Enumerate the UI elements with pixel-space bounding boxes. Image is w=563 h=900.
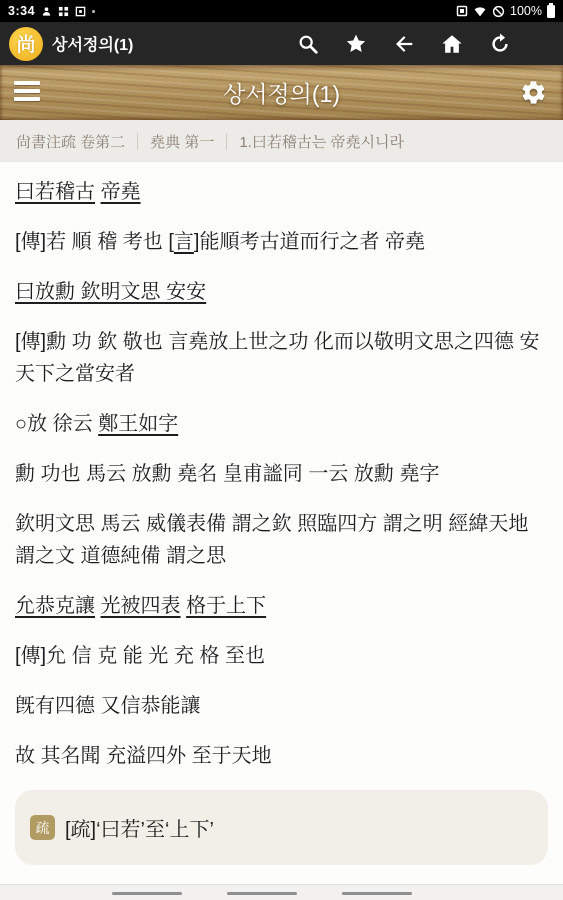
screenshot-notification-icon xyxy=(75,6,86,17)
text-paragraph[interactable]: [傳]勳 功 欽 敬也 言堯放上世之功 化而以敬明文思之四德 安天下之當安者 xyxy=(15,326,548,390)
underlined-text-segment: 格于上下 xyxy=(186,595,266,617)
underlined-text-segment: 言 xyxy=(174,231,194,253)
text-paragraph[interactable]: 曰若稽古 帝堯 xyxy=(15,176,548,208)
status-right: 100% xyxy=(456,4,555,18)
so-commentary-card[interactable]: 疏 [疏]‘曰若’至‘上下’ xyxy=(15,790,548,865)
breadcrumb-section[interactable]: 1.曰若稽古는 帝堯시니라 xyxy=(239,131,404,152)
text-segment: ○放 徐云 xyxy=(15,413,98,435)
app-screen: 3:34 100% 尚 xyxy=(0,0,563,900)
text-segment: [傳]允 信 克 能 光 充 格 至也 xyxy=(15,645,265,667)
so-badge-icon: 疏 xyxy=(30,815,55,840)
status-left: 3:34 xyxy=(8,4,95,18)
text-paragraph[interactable]: [傳]若 順 稽 考也 [言]能順考古道而行之者 帝堯 xyxy=(15,226,548,258)
text-segment: 欽明文思 馬云 威儀表備 謂之欽 照臨四方 謂之明 經緯天地 謂之文 道德純備 … xyxy=(15,513,528,567)
settings-gear-icon[interactable] xyxy=(520,79,547,106)
overflow-dot-icon xyxy=(92,10,95,13)
clock-text: 3:34 xyxy=(8,4,35,18)
grid-notification-icon xyxy=(58,6,69,17)
underlined-text-segment: 鄭王如字 xyxy=(98,413,178,435)
table-divider-dash xyxy=(342,892,412,895)
battery-percent-text: 100% xyxy=(510,4,542,18)
text-segment: 旣有四德 又信恭能讓 xyxy=(15,695,201,717)
app-toolbar: 尚 상서정의(1) xyxy=(0,22,563,65)
breadcrumb: 尙書注疏 卷第二 堯典 第一 1.曰若稽古는 帝堯시니라 xyxy=(0,120,563,162)
text-paragraph[interactable]: 允恭克讓 光被四表 格于上下 xyxy=(15,590,548,622)
text-paragraph[interactable]: ○放 徐云 鄭王如字 xyxy=(15,408,548,440)
home-icon[interactable] xyxy=(440,32,463,55)
breadcrumb-chapter[interactable]: 堯典 第一 xyxy=(150,131,214,152)
table-divider-dash xyxy=(112,892,182,895)
sim-icon xyxy=(456,5,468,17)
toolbar-actions xyxy=(296,32,549,55)
book-title: 상서정의(1) xyxy=(0,76,563,109)
back-icon[interactable] xyxy=(392,32,415,55)
text-paragraph[interactable]: [傳]允 信 克 能 光 充 格 至也 xyxy=(15,640,548,672)
breadcrumb-divider xyxy=(137,133,138,150)
star-icon[interactable] xyxy=(344,32,367,55)
so-card-text: [疏]‘曰若’至‘上下’ xyxy=(65,813,214,842)
search-icon[interactable] xyxy=(296,32,319,55)
menu-icon[interactable] xyxy=(14,81,40,105)
breadcrumb-divider xyxy=(226,133,227,150)
text-segment: [傳]勳 功 欽 敬也 言堯放上世之功 化而以敬明文思之四德 安天下之當安者 xyxy=(15,331,539,385)
bottom-strip xyxy=(0,884,563,900)
scripture-text-block: 曰若稽古 帝堯[傳]若 順 稽 考也 [言]能順考古道而行之者 帝堯曰放勳 欽明… xyxy=(15,176,548,772)
refresh-icon[interactable] xyxy=(488,32,511,55)
underlined-text-segment: 曰放勳 欽明文思 安安 xyxy=(15,281,206,303)
person-notification-icon xyxy=(41,6,52,17)
status-bar: 3:34 100% xyxy=(0,0,563,22)
book-toolbar: 상서정의(1) xyxy=(0,65,563,120)
text-paragraph[interactable]: 勳 功也 馬云 放勳 堯名 皇甫謐同 一云 放勳 堯字 xyxy=(15,458,548,490)
reader-content: 曰若稽古 帝堯[傳]若 順 稽 考也 [言]能順考古道而行之者 帝堯曰放勳 欽明… xyxy=(0,162,563,884)
text-paragraph[interactable]: 故 其名聞 充溢四外 至于天地 xyxy=(15,740,548,772)
underlined-text-segment: 帝堯 xyxy=(101,181,141,203)
text-segment: 故 其名聞 充溢四外 至于天地 xyxy=(15,745,272,767)
breadcrumb-volume[interactable]: 尙書注疏 卷第二 xyxy=(16,131,125,152)
underlined-text-segment: 允恭克讓 xyxy=(15,595,95,617)
text-paragraph[interactable]: 欽明文思 馬云 威儀表備 謂之欽 照臨四方 謂之明 經緯天地 謂之文 道德純備 … xyxy=(15,508,548,572)
underlined-text-segment: 光被四表 xyxy=(101,595,181,617)
underlined-text-segment: 曰若稽古 xyxy=(15,181,95,203)
app-logo-icon[interactable]: 尚 xyxy=(9,27,43,61)
text-paragraph[interactable]: 曰放勳 欽明文思 安安 xyxy=(15,276,548,308)
text-segment: ]能順考古道而行之者 帝堯 xyxy=(194,231,425,253)
text-paragraph[interactable]: 旣有四德 又信恭能讓 xyxy=(15,690,548,722)
wifi-icon xyxy=(473,5,487,18)
app-title: 상서정의(1) xyxy=(52,32,133,55)
do-not-disturb-icon xyxy=(492,5,505,18)
text-segment: [傳]若 順 稽 考也 [ xyxy=(15,231,174,253)
text-segment: 勳 功也 馬云 放勳 堯名 皇甫謐同 一云 放勳 堯字 xyxy=(15,463,439,485)
table-divider-dash xyxy=(227,892,297,895)
battery-icon xyxy=(547,5,555,18)
